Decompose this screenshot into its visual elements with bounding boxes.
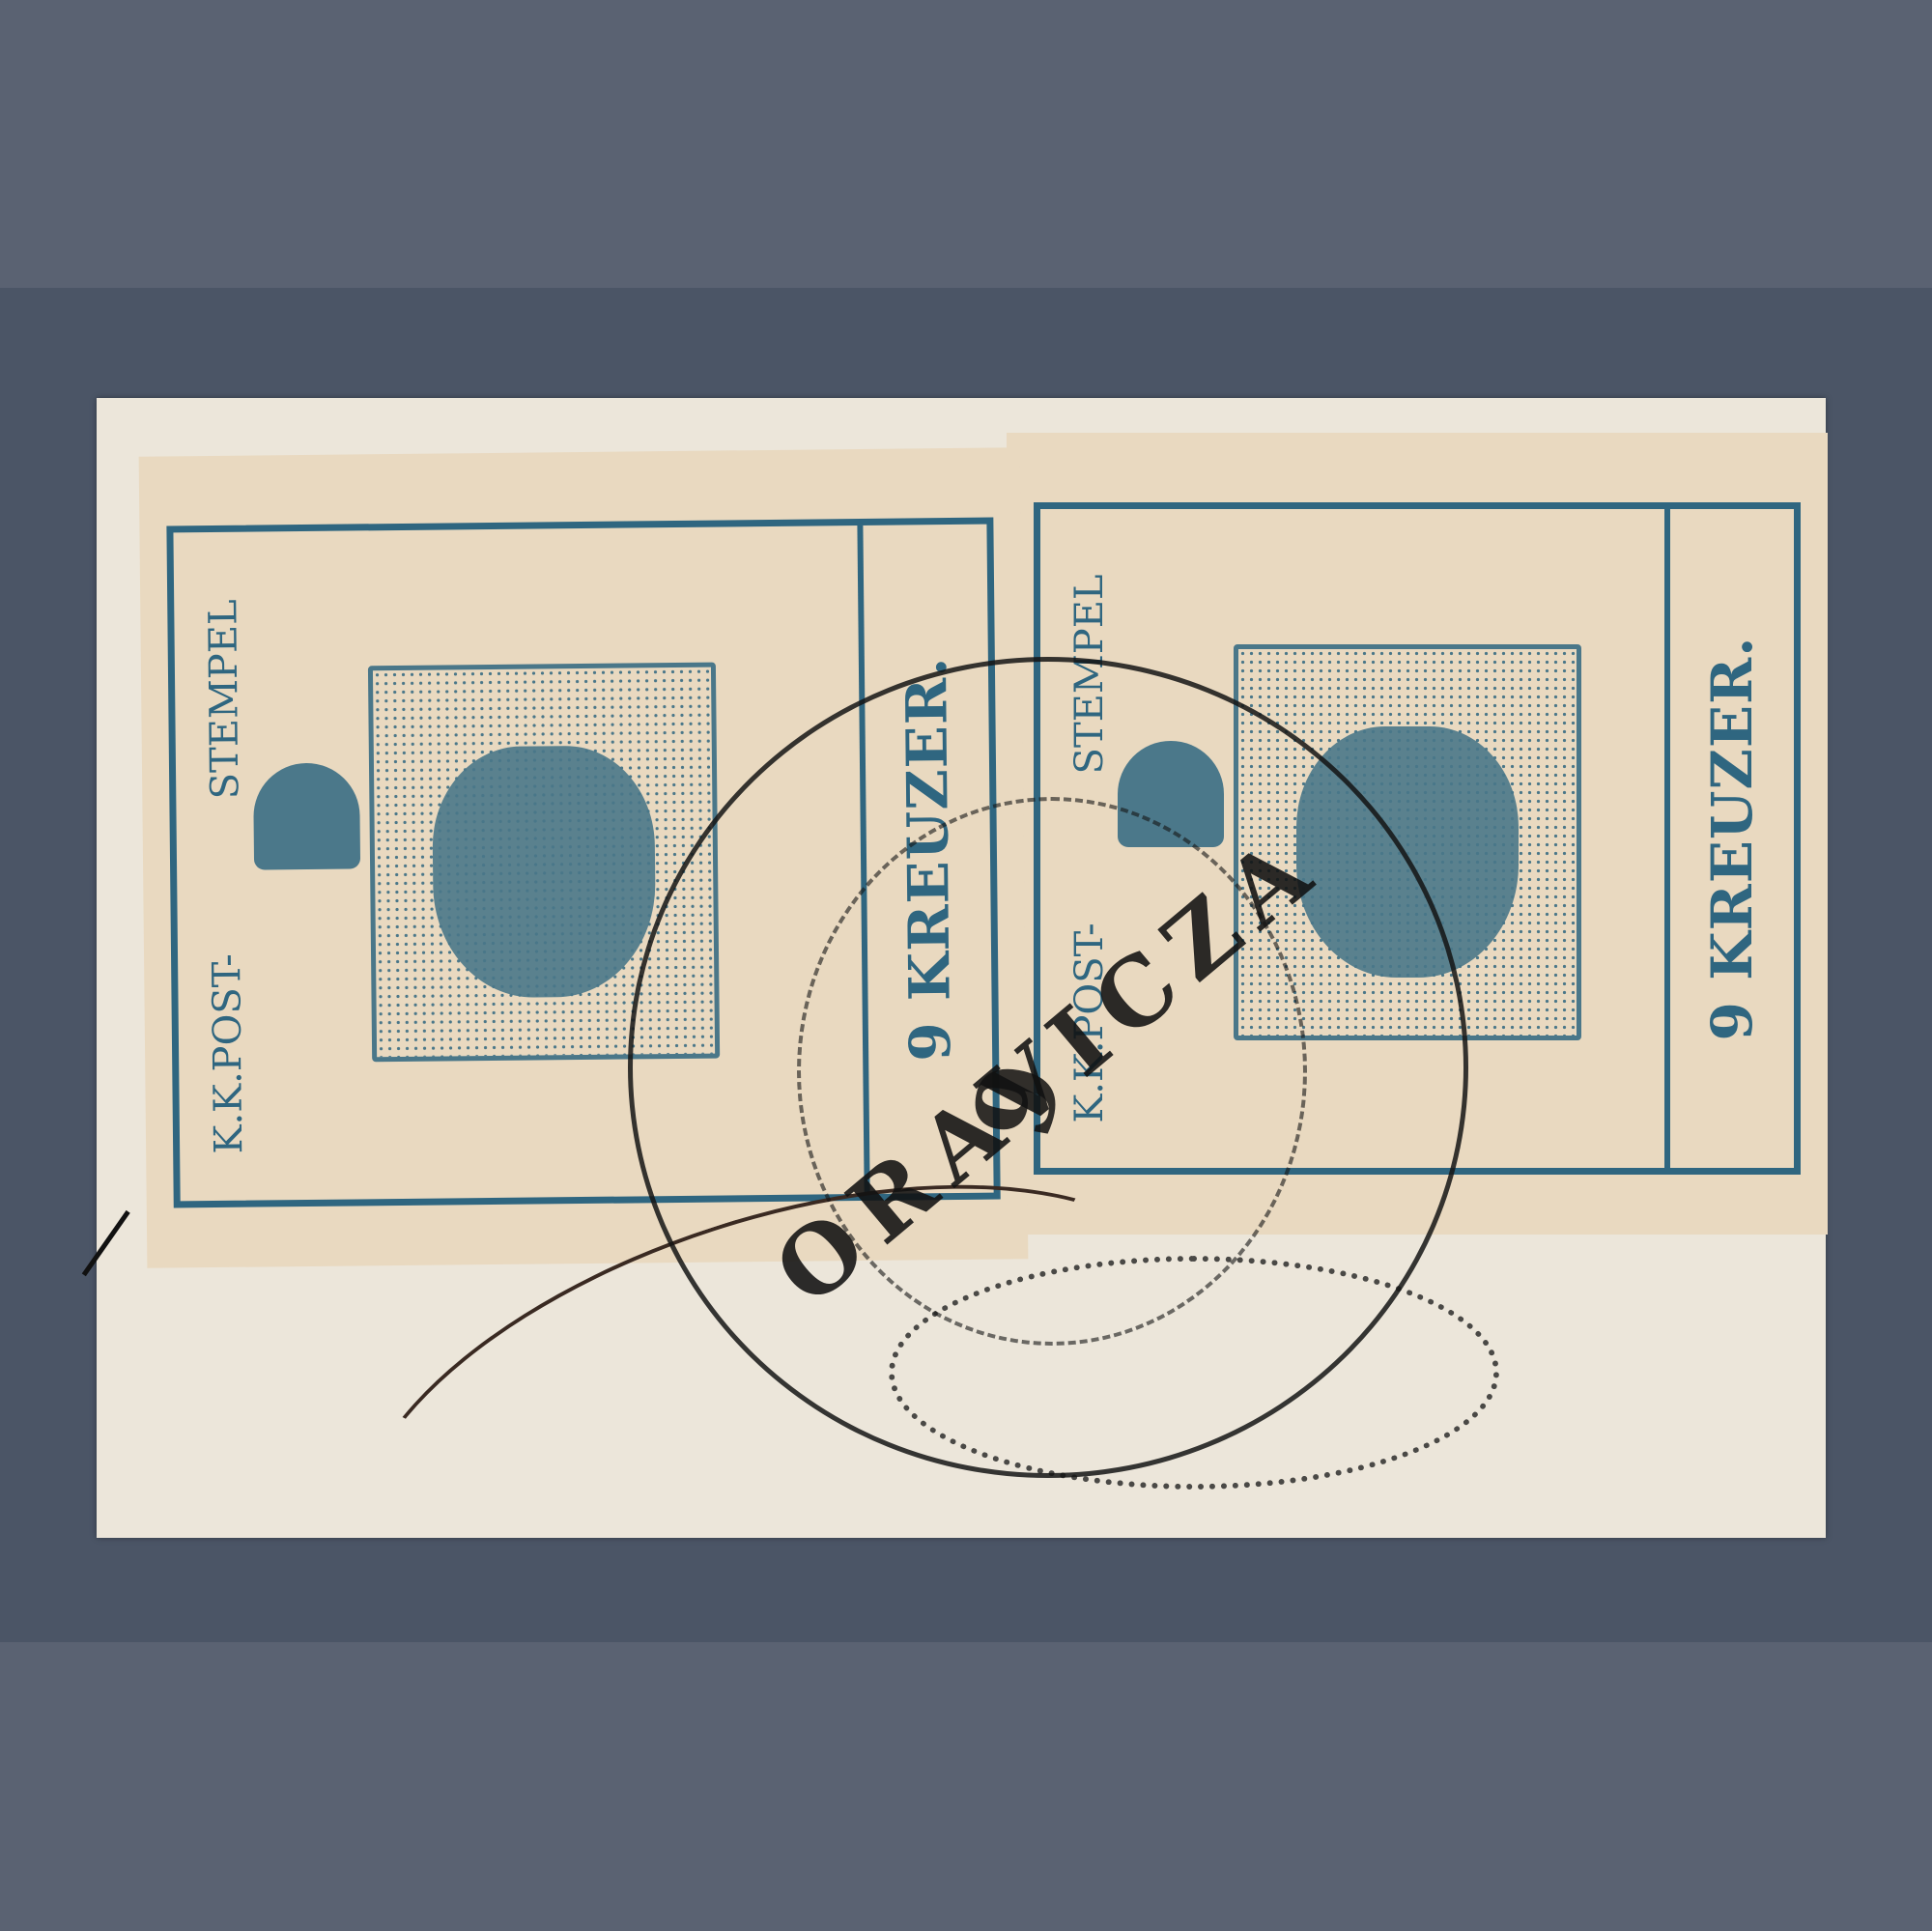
crown-icon [253,762,360,869]
stempel-label: STEMPEL [201,599,247,799]
postmark: ORAVICZA 9 [628,657,1468,1478]
value-panel: 9 KREUZER. [1664,509,1794,1168]
eagle-icon [432,745,657,998]
value-label: 9 KREUZER. [1699,637,1765,1041]
stamp-left-text: STEMPEL K.K.POST- [188,532,263,1202]
kkpost-label: K.K.POST- [205,953,251,1154]
